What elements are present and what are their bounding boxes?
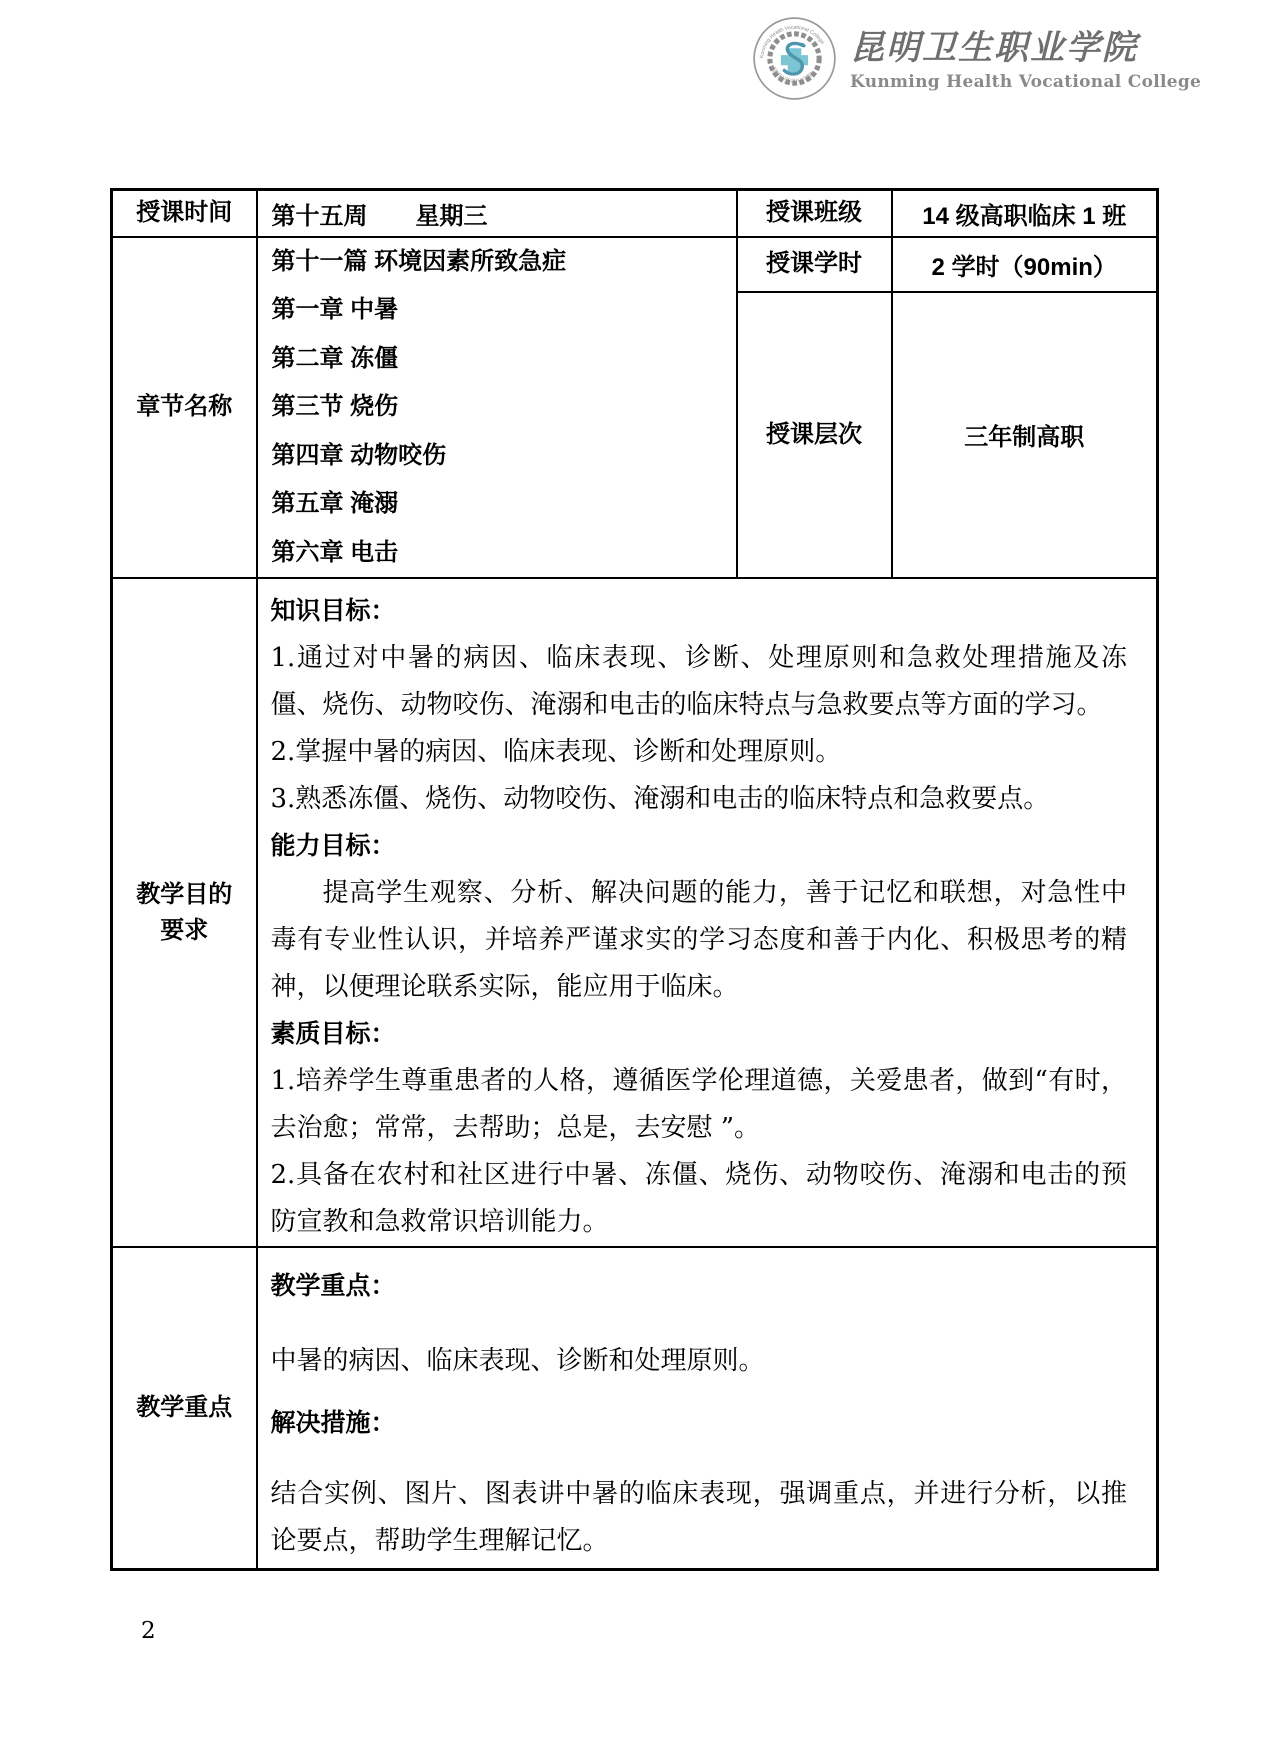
- hours-value: 2 学时（90min）: [892, 237, 1158, 292]
- objectives-label-line2: 要求: [113, 913, 256, 949]
- chapter-line: 第二章 冻僵: [272, 335, 736, 384]
- college-name-block: 昆明卫生职业学院 Kunming Health Vocational Colle…: [850, 26, 1201, 92]
- chapter-list: 第十一篇 环境因素所致急症 第一章 中暑 第二章 冻僵 第三节 烧伤 第四章 动…: [257, 237, 737, 579]
- objectives-content: 知识目标： 1.通过对中暑的病因、临床表现、诊断、处理原则和急救处理措施及冻僵、…: [257, 578, 1158, 1247]
- quality-goal-item: 2.具备在农村和社区进行中暑、冻僵、烧伤、动物咬伤、淹溺和电击的预防宣教和急救常…: [271, 1152, 1128, 1246]
- knowledge-goal-item: 1.通过对中暑的病因、临床表现、诊断、处理原则和急救处理措施及冻僵、烧伤、动物咬…: [271, 635, 1128, 729]
- chapter-line: 第六章 电击: [272, 529, 736, 578]
- chapter-line: 第三节 烧伤: [272, 383, 736, 432]
- college-name-en: Kunming Health Vocational College: [850, 72, 1201, 92]
- focus-content: 教学重点： 中暑的病因、临床表现、诊断和处理原则。 解决措施： 结合实例、图片、…: [257, 1247, 1158, 1569]
- quality-goal-heading: 素质目标：: [271, 1011, 1128, 1058]
- knowledge-goal-item: 2.掌握中暑的病因、临床表现、诊断和处理原则。: [271, 729, 1128, 776]
- solution-heading: 解决措施：: [271, 1401, 1128, 1445]
- lesson-plan-table: 授课时间 第十五周 星期三 授课班级 14 级高职临床 1 班 章节名称 第十一…: [110, 188, 1159, 1571]
- teaching-time-value: 第十五周 星期三: [257, 190, 737, 237]
- table-row: 教学目的 要求 知识目标： 1.通过对中暑的病因、临床表现、诊断、处理原则和急救…: [112, 578, 1158, 1247]
- objectives-label: 教学目的 要求: [112, 578, 257, 1247]
- class-value: 14 级高职临床 1 班: [892, 190, 1158, 237]
- level-label: 授课层次: [737, 292, 892, 578]
- focus-text: 中暑的病因、临床表现、诊断和处理原则。: [271, 1338, 1128, 1385]
- chapter-label: 章节名称: [112, 237, 257, 579]
- chapter-line: 第十一篇 环境因素所致急症: [272, 238, 736, 287]
- page-number: 2: [141, 1618, 156, 1644]
- class-label: 授课班级: [737, 190, 892, 237]
- objectives-label-line1: 教学目的: [113, 877, 256, 913]
- chapter-line: 第五章 淹溺: [272, 480, 736, 529]
- quality-goal-item: 1.培养学生尊重患者的人格，遵循医学伦理道德，关爱患者，做到“有时，去治愈；常常…: [271, 1058, 1128, 1152]
- table-row: 章节名称 第十一篇 环境因素所致急症 第一章 中暑 第二章 冻僵 第三节 烧伤 …: [112, 237, 1158, 292]
- ability-goal-heading: 能力目标：: [271, 823, 1128, 870]
- ability-goal-text: 提高学生观察、分析、解决问题的能力，善于记忆和联想，对急性中毒有专业性认识，并培…: [271, 870, 1128, 1011]
- college-name-zh: 昆明卫生职业学院: [850, 26, 1201, 70]
- level-value: 三年制高职: [892, 292, 1158, 578]
- hours-label: 授课学时: [737, 237, 892, 292]
- focus-label: 教学重点: [112, 1247, 257, 1569]
- solution-text: 结合实例、图片、图表讲中暑的临床表现，强调重点，并进行分析，以推论要点，帮助学生…: [271, 1471, 1128, 1565]
- chapter-line: 第四章 动物咬伤: [272, 432, 736, 481]
- knowledge-goal-item: 3.熟悉冻僵、烧伤、动物咬伤、淹溺和电击的临床特点和急救要点。: [271, 776, 1128, 823]
- focus-heading: 教学重点：: [271, 1264, 1128, 1308]
- knowledge-goal-heading: 知识目标：: [271, 588, 1128, 635]
- table-row: 授课时间 第十五周 星期三 授课班级 14 级高职临床 1 班: [112, 190, 1158, 237]
- chapter-line: 第一章 中暑: [272, 286, 736, 335]
- table-row: 教学重点 教学重点： 中暑的病因、临床表现、诊断和处理原则。 解决措施： 结合实…: [112, 1247, 1158, 1569]
- teaching-time-label: 授课时间: [112, 190, 257, 237]
- college-seal-icon: Kunming Health Vocational College 昆明卫生职业…: [752, 16, 837, 101]
- college-logo: Kunming Health Vocational College 昆明卫生职业…: [752, 16, 1201, 101]
